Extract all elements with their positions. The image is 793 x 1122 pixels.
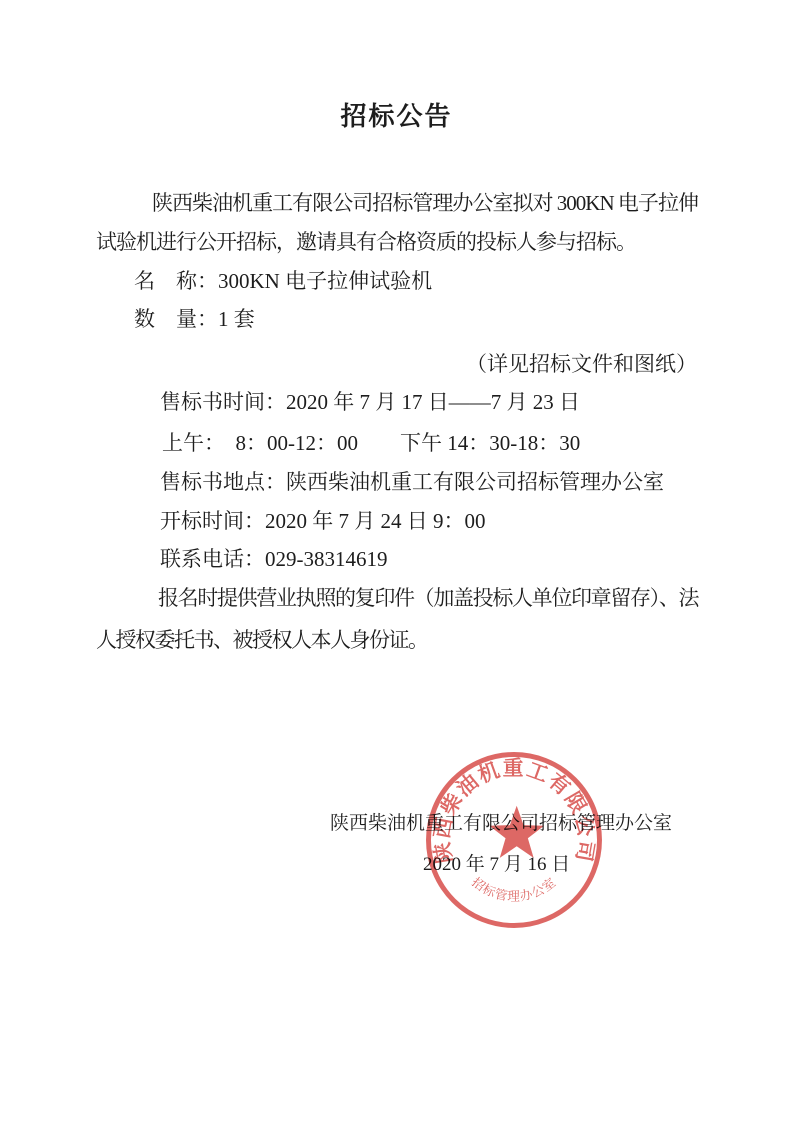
- sale-time-line: 售标书时间：2020 年 7 月 17 日——7 月 23 日: [160, 391, 580, 414]
- sale-hours-line: 上午： 8：00-12：00 下午 14：30-18：30: [162, 432, 580, 455]
- signature-line: 陕西柴油机重工有限公司招标管理办公室: [330, 814, 672, 835]
- sale-place-line: 售标书地点：陕西柴油机重工有限公司招标管理办公室: [160, 471, 664, 494]
- item-quantity-line: 数 量：1 套: [134, 308, 255, 331]
- seal-ring-circle: [429, 755, 600, 926]
- contact-phone-line: 联系电话：029-38314619: [160, 548, 388, 571]
- svg-text:陕西柴油机重工有限公司: 陕西柴油机重工有限公司: [430, 756, 598, 865]
- page-title: 招标公告: [0, 96, 793, 133]
- item-name-line: 名 称：300KN 电子拉伸试验机: [134, 270, 432, 293]
- document-page: 招标公告 陕西柴油机重工有限公司招标管理办公室拟对 300KN 电子拉伸试验机进…: [0, 0, 793, 1122]
- bid-open-time-line: 开标时间：2020 年 7 月 24 日 9：00: [160, 510, 486, 533]
- company-seal: 陕西柴油机重工有限公司 招标管理办公室: [424, 750, 604, 930]
- requirements-paragraph: 报名时提供营业执照的复印件（加盖投标人单位印章留存）、法人授权委托书、被授权人本…: [96, 577, 698, 661]
- intro-paragraph: 陕西柴油机重工有限公司招标管理办公室拟对 300KN 电子拉伸试验机进行公开招标…: [96, 184, 698, 262]
- seal-bottom-text: 招标管理办公室: [469, 874, 559, 903]
- seal-ring-text: 陕西柴油机重工有限公司: [430, 756, 598, 865]
- date-line: 2020 年 7 月 16 日: [423, 855, 570, 876]
- detail-note-line: （详见招标文件和图纸）: [466, 353, 697, 376]
- company-seal-graphic: 陕西柴油机重工有限公司 招标管理办公室: [424, 750, 604, 930]
- svg-text:招标管理办公室: 招标管理办公室: [469, 874, 559, 903]
